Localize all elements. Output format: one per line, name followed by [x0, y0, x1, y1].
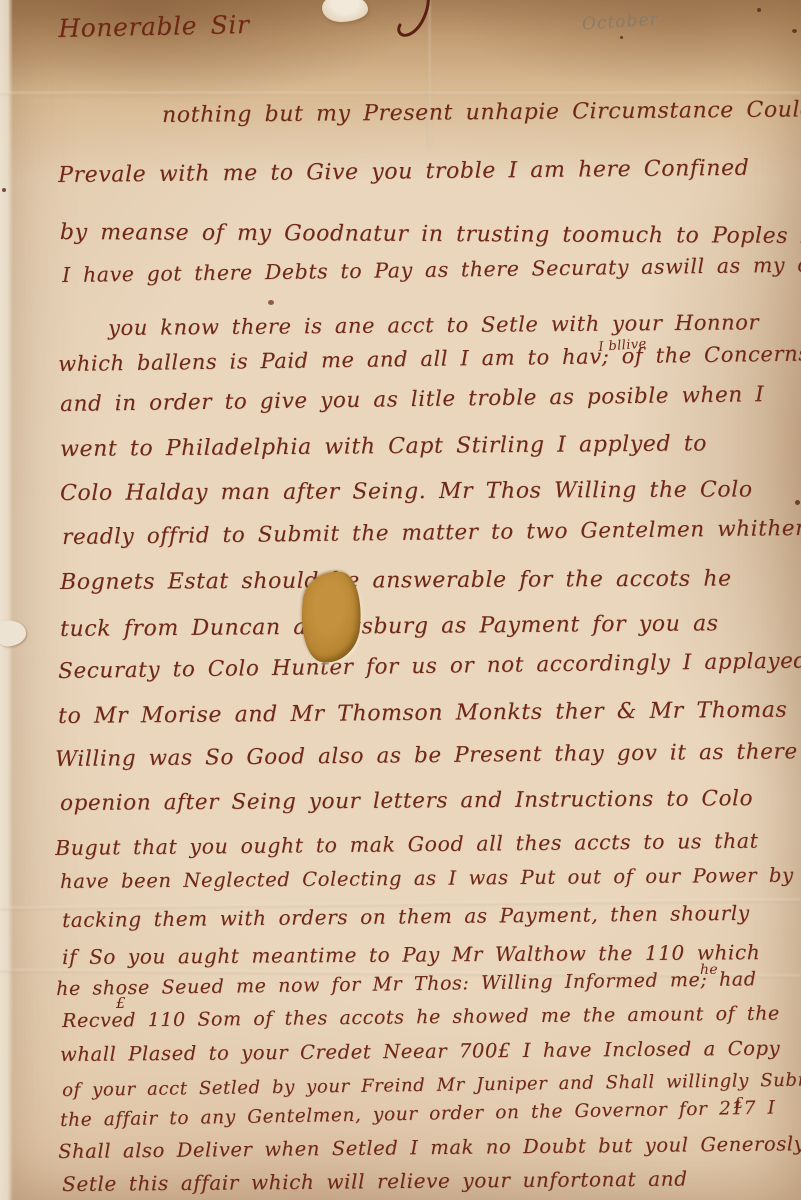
letter-line: if So you aught meantime to Pay Mr Walth…: [62, 940, 760, 969]
letter-line: Bognets Estat should be answerable for t…: [60, 566, 732, 595]
ink-speck: [2, 188, 6, 192]
letter-line: you know there is ane acct to Setle with…: [108, 310, 759, 340]
ink-speck: [268, 300, 274, 305]
ink-speck: [795, 500, 800, 505]
letter-line: the affair to any Gentelmen, your order …: [60, 1098, 776, 1131]
interline-insertion: he: [700, 962, 718, 978]
letter-line: Securaty to Colo Hunter for us or not ac…: [58, 649, 801, 684]
letter-line: Prevale with me to Give you troble I am …: [58, 156, 749, 188]
letter-line: and in order to give you as litle troble…: [60, 382, 764, 417]
ink-speck: [620, 36, 623, 39]
letter-line: have been Neglected Colecting as I was P…: [60, 864, 794, 893]
letter-line: openion after Seing your letters and Ins…: [60, 786, 753, 816]
letter-line: tuck from Duncan at Pitsburg as Payment …: [60, 611, 719, 642]
letter-line: Setle this affair which will relieve you…: [62, 1167, 688, 1196]
paper-tear-left: [0, 618, 28, 648]
ink-speck: [792, 29, 797, 33]
ink-speck: [757, 8, 761, 12]
paper-left-edge: [0, 0, 13, 1200]
letter-page: Honerable Sir October nothing but my Pre…: [0, 0, 801, 1200]
letter-line: by meanse of my Goodnatur in trusting to…: [60, 220, 801, 249]
interline-insertion: £: [734, 1094, 744, 1112]
letter-line: of your acct Setled by your Freind Mr Ju…: [62, 1069, 801, 1101]
interline-insertion: £: [116, 994, 126, 1012]
letter-line: Shall also Deliver when Setled I mak no …: [58, 1132, 801, 1163]
letter-line: whall Plased to your Credet Neear 700£ I…: [60, 1037, 780, 1066]
letter-line: went to Philadelphia with Capt Stirling …: [60, 431, 707, 462]
ink-flourish: [394, 0, 438, 44]
pencil-date-annotation: October: [581, 9, 659, 34]
paper-tear-top: [322, 0, 368, 22]
letter-line: Willing was So Good also as be Present t…: [55, 739, 798, 772]
paper-crease-horizontal: [0, 92, 801, 95]
letter-line: readly offrid to Submit the matter to tw…: [62, 516, 801, 550]
letter-line: Bugut that you ought to mak Good all the…: [55, 829, 759, 860]
letter-line: Recved 110 Som of thes accots he showed …: [62, 1002, 780, 1032]
letter-line: to Mr Morise and Mr Thomson Monkts ther …: [58, 698, 787, 729]
letter-line: Colo Halday man after Seing. Mr Thos Wil…: [60, 477, 753, 506]
letter-line: nothing but my Present unhapie Circumsta…: [162, 97, 801, 128]
letter-line: I have got there Debts to Pay as there S…: [62, 252, 801, 287]
salutation: Honerable Sir: [58, 10, 250, 43]
letter-line: which ballens is Paid me and all I am to…: [58, 342, 801, 376]
